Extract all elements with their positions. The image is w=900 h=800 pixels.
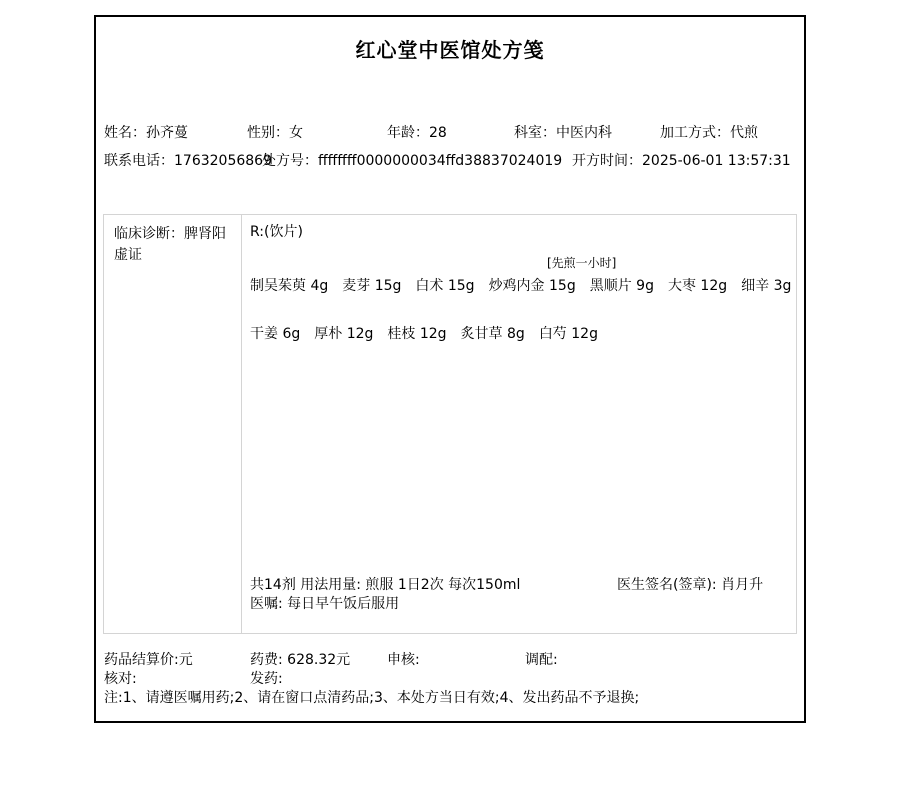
- field-age-label: 年龄：: [387, 125, 429, 141]
- field-phone: 联系电话：17632056869: [104, 150, 272, 170]
- dispense-field: 发药:: [250, 670, 283, 689]
- field-gender: 性别：女: [247, 122, 303, 142]
- field-rx-number-value: ffffffff0000000034ffd38837024019: [318, 153, 562, 169]
- prescription-sheet: 红心堂中医馆处方笺 姓名：孙齐蔓 性别：女 年龄：28 科室：中医内科 加工方式…: [94, 15, 806, 723]
- diagnosis-label: 临床诊断：: [114, 226, 184, 242]
- drug-item: 黑顺片 9g: [590, 278, 654, 294]
- field-gender-value: 女: [289, 125, 303, 141]
- field-phone-label: 联系电话：: [104, 153, 174, 169]
- fee: 药费: 628.32元: [250, 651, 350, 670]
- drug-item: 干姜 6g: [250, 326, 300, 342]
- field-age: 年龄：28: [387, 122, 447, 142]
- drug-item: 炒鸡内金 15g: [489, 278, 576, 294]
- field-processing-label: 加工方式：: [660, 125, 730, 141]
- prescription-box: 临床诊断：脾肾阳虚证 R:(饮片) [先煎一小时] 制吴茱萸 4g麦芽 15g白…: [103, 214, 797, 634]
- review-field: 申核:: [387, 651, 420, 670]
- field-rx-number: 处方号：ffffffff0000000034ffd38837024019: [262, 150, 562, 170]
- rx-header: R:(饮片): [250, 221, 303, 241]
- field-name-value: 孙齐蔓: [146, 125, 188, 141]
- medical-advice: 医嘱: 每日早午饭后服用: [250, 593, 399, 613]
- field-issue-time-value: 2025-06-01 13:57:31: [642, 153, 791, 169]
- field-name: 姓名：孙齐蔓: [104, 122, 188, 142]
- footer-note: 注:1、请遵医嘱用药;2、请在窗口点清药品;3、本处方当日有效;4、发出药品不予…: [104, 689, 639, 708]
- doctor-signature-label: 医生签名(签章):: [617, 577, 721, 593]
- field-department-label: 科室：: [514, 125, 556, 141]
- usage-line: 共14剂 用法用量: 煎服 1日2次 每次150ml: [250, 574, 520, 594]
- drug-line-1: 制吴茱萸 4g麦芽 15g白术 15g炒鸡内金 15g黑顺片 9g大枣 12g细…: [250, 275, 805, 295]
- drug-line-2: 干姜 6g厚朴 12g桂枝 12g炙甘草 8g白芍 12g: [250, 323, 612, 343]
- drug-item: 炙甘草 8g: [461, 326, 525, 342]
- check-field: 核对:: [104, 670, 137, 689]
- field-processing-value: 代煎: [730, 125, 758, 141]
- settle-price-value: 元: [179, 652, 193, 668]
- drug-item: 白芍 12g: [539, 326, 598, 342]
- settle-price-label: 药品结算价:: [104, 652, 179, 668]
- drug-item: 制吴茱萸 4g: [250, 278, 328, 294]
- rx-content-cell: R:(饮片) [先煎一小时] 制吴茱萸 4g麦芽 15g白术 15g炒鸡内金 1…: [242, 215, 796, 633]
- drug-item: 桂枝 12g: [387, 326, 446, 342]
- medical-advice-value: 每日早午饭后服用: [287, 596, 399, 612]
- field-rx-number-label: 处方号：: [262, 153, 318, 169]
- decoction-annotation: [先煎一小时]: [547, 254, 616, 271]
- field-processing: 加工方式：代煎: [660, 122, 758, 142]
- drug-item: 大枣 12g: [668, 278, 727, 294]
- fee-value: 628.32元: [287, 652, 350, 668]
- drug-item: 白术 15g: [415, 278, 474, 294]
- field-department-value: 中医内科: [556, 125, 612, 141]
- prepare-field: 调配:: [525, 651, 558, 670]
- fee-label: 药费:: [250, 652, 287, 668]
- field-issue-time-label: 开方时间：: [572, 153, 642, 169]
- doctor-signature-value: 肖月升: [721, 577, 763, 593]
- field-gender-label: 性别：: [247, 125, 289, 141]
- drug-item: 细辛 3g: [741, 278, 791, 294]
- drug-item: 麦芽 15g: [342, 278, 401, 294]
- field-age-value: 28: [429, 125, 447, 141]
- diagnosis-cell: 临床诊断：脾肾阳虚证: [104, 215, 242, 633]
- drug-item: 厚朴 12g: [314, 326, 373, 342]
- field-issue-time: 开方时间：2025-06-01 13:57:31: [572, 150, 791, 170]
- field-department: 科室：中医内科: [514, 122, 612, 142]
- field-phone-value: 17632056869: [174, 153, 272, 169]
- settle-price: 药品结算价:元: [104, 651, 193, 670]
- field-name-label: 姓名：: [104, 125, 146, 141]
- medical-advice-label: 医嘱:: [250, 596, 287, 612]
- page-title: 红心堂中医馆处方笺: [96, 34, 804, 63]
- doctor-signature: 医生签名(签章): 肖月升: [617, 574, 763, 594]
